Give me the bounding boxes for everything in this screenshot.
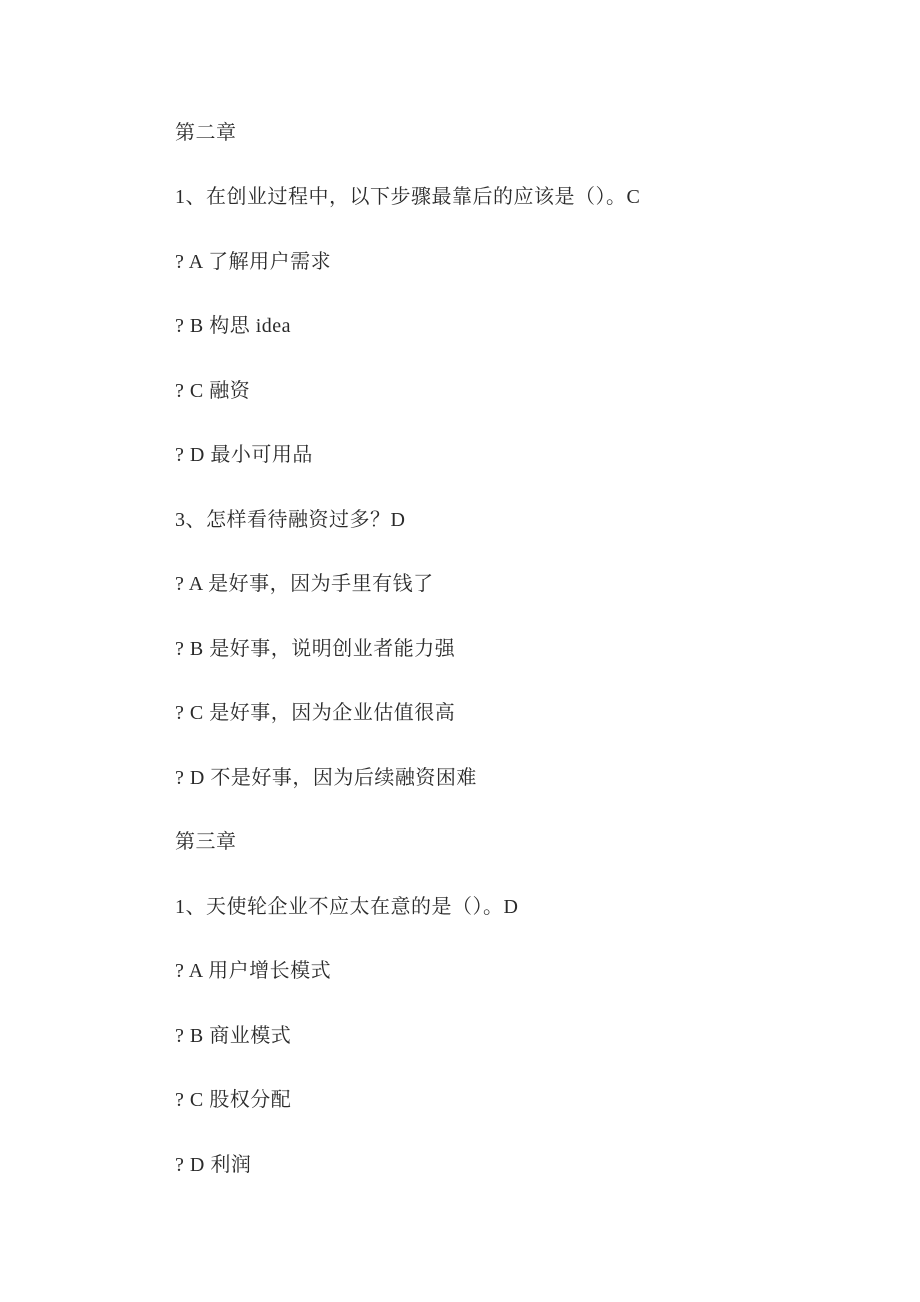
- question-text: 1、在创业过程中，以下步骤最靠后的应该是（）。C: [175, 163, 880, 228]
- document-page: 第二章 1、在创业过程中，以下步骤最靠后的应该是（）。C ? A 了解用户需求 …: [0, 0, 920, 1302]
- answer-option: ? D 最小可用品: [175, 421, 880, 486]
- question-text: 1、天使轮企业不应太在意的是（）。D: [175, 872, 880, 937]
- document-content: 第二章 1、在创业过程中，以下步骤最靠后的应该是（）。C ? A 了解用户需求 …: [175, 98, 880, 1195]
- answer-option: ? A 了解用户需求: [175, 227, 880, 292]
- answer-option: ? A 用户增长模式: [175, 937, 880, 1002]
- answer-option: ? D 利润: [175, 1130, 880, 1195]
- chapter-heading: 第三章: [175, 808, 880, 873]
- answer-option: ? B 是好事，说明创业者能力强: [175, 614, 880, 679]
- question-text: 3、怎样看待融资过多？D: [175, 485, 880, 550]
- answer-option: ? B 构思 idea: [175, 292, 880, 357]
- answer-option: ? C 融资: [175, 356, 880, 421]
- answer-option: ? C 是好事，因为企业估值很高: [175, 679, 880, 744]
- answer-option: ? A 是好事，因为手里有钱了: [175, 550, 880, 615]
- answer-option: ? D 不是好事，因为后续融资困难: [175, 743, 880, 808]
- answer-option: ? C 股权分配: [175, 1066, 880, 1131]
- chapter-heading: 第二章: [175, 98, 880, 163]
- answer-option: ? B 商业模式: [175, 1001, 880, 1066]
